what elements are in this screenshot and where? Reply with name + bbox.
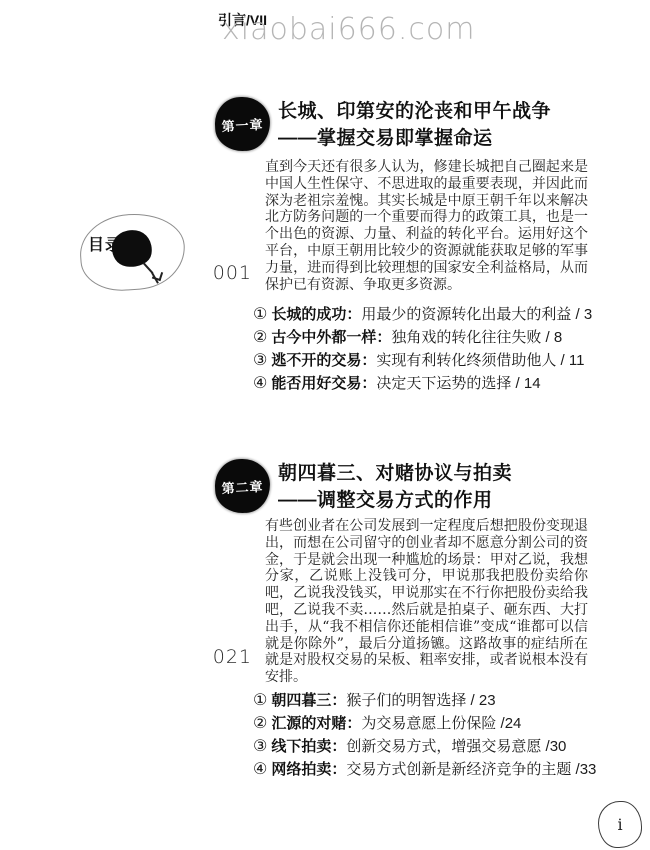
toc-entry: ③ 线下拍卖： 创新交易方式，增强交易意愿 /30: [253, 735, 643, 758]
entry-label: 古今中外都一样：: [271, 326, 391, 347]
circled-number-icon: ②: [253, 713, 267, 733]
entry-label: 线下拍卖：: [271, 735, 346, 756]
entry-text: 创新交易方式，增强交易意愿 /30: [346, 735, 566, 756]
circled-number-icon: ④: [253, 373, 267, 393]
chapter-1-entries: ① 长城的成功： 用最少的资源转化出最大的利益 / 3 ② 古今中外都一样： 独…: [253, 303, 643, 395]
chapter-2-intro: 有些创业者在公司发展到一定程度后想把股份变现退出，而想在公司留守的创业者却不愿意…: [265, 518, 588, 686]
chapter-2-entries: ① 朝四暮三： 猴子们的明智选择 / 23 ② 汇源的对赌： 为交易意愿上份保险…: [253, 689, 643, 781]
chapter-1-title: 长城、印第安的沦丧和甲午战争 ——掌握交易即掌握命运: [278, 98, 618, 152]
entry-label: 网络拍卖：: [271, 758, 346, 779]
chapter-1-title-line1: 长城、印第安的沦丧和甲午战争: [278, 98, 618, 125]
chapter-2-title-line2: ——调整交易方式的作用: [278, 487, 618, 514]
chapter-2-title: 朝四暮三、对赌协议与拍卖 ——调整交易方式的作用: [278, 460, 618, 514]
entry-text: 独角戏的转化往往失败 / 8: [391, 326, 562, 347]
circled-number-icon: ①: [253, 304, 267, 324]
toc-entry: ③ 逃不开的交易： 实现有利转化终须借助他人 / 11: [253, 349, 643, 372]
entry-label: 逃不开的交易：: [271, 349, 376, 370]
chapter-1-intro: 直到今天还有很多人认为，修建长城把自己圈起来是中国人生性保守、不思进取的最重要表…: [265, 159, 588, 293]
entry-label: 汇源的对赌：: [271, 712, 361, 733]
chapter-2-badge-label: 第二章: [221, 475, 264, 496]
entry-text: 实现有利转化终须借助他人 / 11: [376, 349, 584, 370]
chapter-2-badge: 第二章: [214, 458, 272, 515]
toc-entry: ① 朝四暮三： 猴子们的明智选择 / 23: [253, 689, 643, 712]
page-number-circle: i: [598, 801, 642, 848]
watermark-text: xiaobai666.com: [222, 12, 475, 47]
circled-number-icon: ③: [253, 350, 267, 370]
toc-entry: ④ 能否用好交易： 决定天下运势的选择 / 14: [253, 372, 643, 395]
entry-text: 猴子们的明智选择 / 23: [346, 689, 495, 710]
chapter-2-page-number: 021: [204, 646, 252, 668]
toc-entry: ② 古今中外都一样： 独角戏的转化往往失败 / 8: [253, 326, 643, 349]
entry-text: 交易方式创新是新经济竞争的主题 /33: [346, 758, 596, 779]
circled-number-icon: ②: [253, 327, 267, 347]
chapter-1-title-line2: ——掌握交易即掌握命运: [278, 125, 618, 152]
entry-label: 能否用好交易：: [271, 372, 376, 393]
entry-label: 长城的成功：: [271, 303, 361, 324]
toc-stamp: 目录: [79, 211, 194, 301]
entry-text: 决定天下运势的选择 / 14: [376, 372, 540, 393]
roman-page-number: i: [617, 815, 622, 834]
circled-number-icon: ④: [253, 759, 267, 779]
entry-text: 用最少的资源转化出最大的利益 / 3: [361, 303, 592, 324]
toc-entry: ① 长城的成功： 用最少的资源转化出最大的利益 / 3: [253, 303, 643, 326]
book-toc-page: 引言/VII xiaobai666.com 目录 第一章 长城、印第安的沦丧和甲…: [0, 0, 650, 850]
toc-entry: ② 汇源的对赌： 为交易意愿上份保险 /24: [253, 712, 643, 735]
chapter-1-badge-label: 第一章: [221, 113, 264, 134]
entry-text: 为交易意愿上份保险 /24: [361, 712, 521, 733]
entry-label: 朝四暮三：: [271, 689, 346, 710]
circled-number-icon: ①: [253, 690, 267, 710]
circled-number-icon: ③: [253, 736, 267, 756]
chapter-1-badge: 第一章: [214, 96, 272, 153]
toc-entry: ④ 网络拍卖： 交易方式创新是新经济竞争的主题 /33: [253, 758, 643, 781]
chapter-1-page-number: 001: [204, 262, 252, 284]
chapter-2-title-line1: 朝四暮三、对赌协议与拍卖: [278, 460, 618, 487]
